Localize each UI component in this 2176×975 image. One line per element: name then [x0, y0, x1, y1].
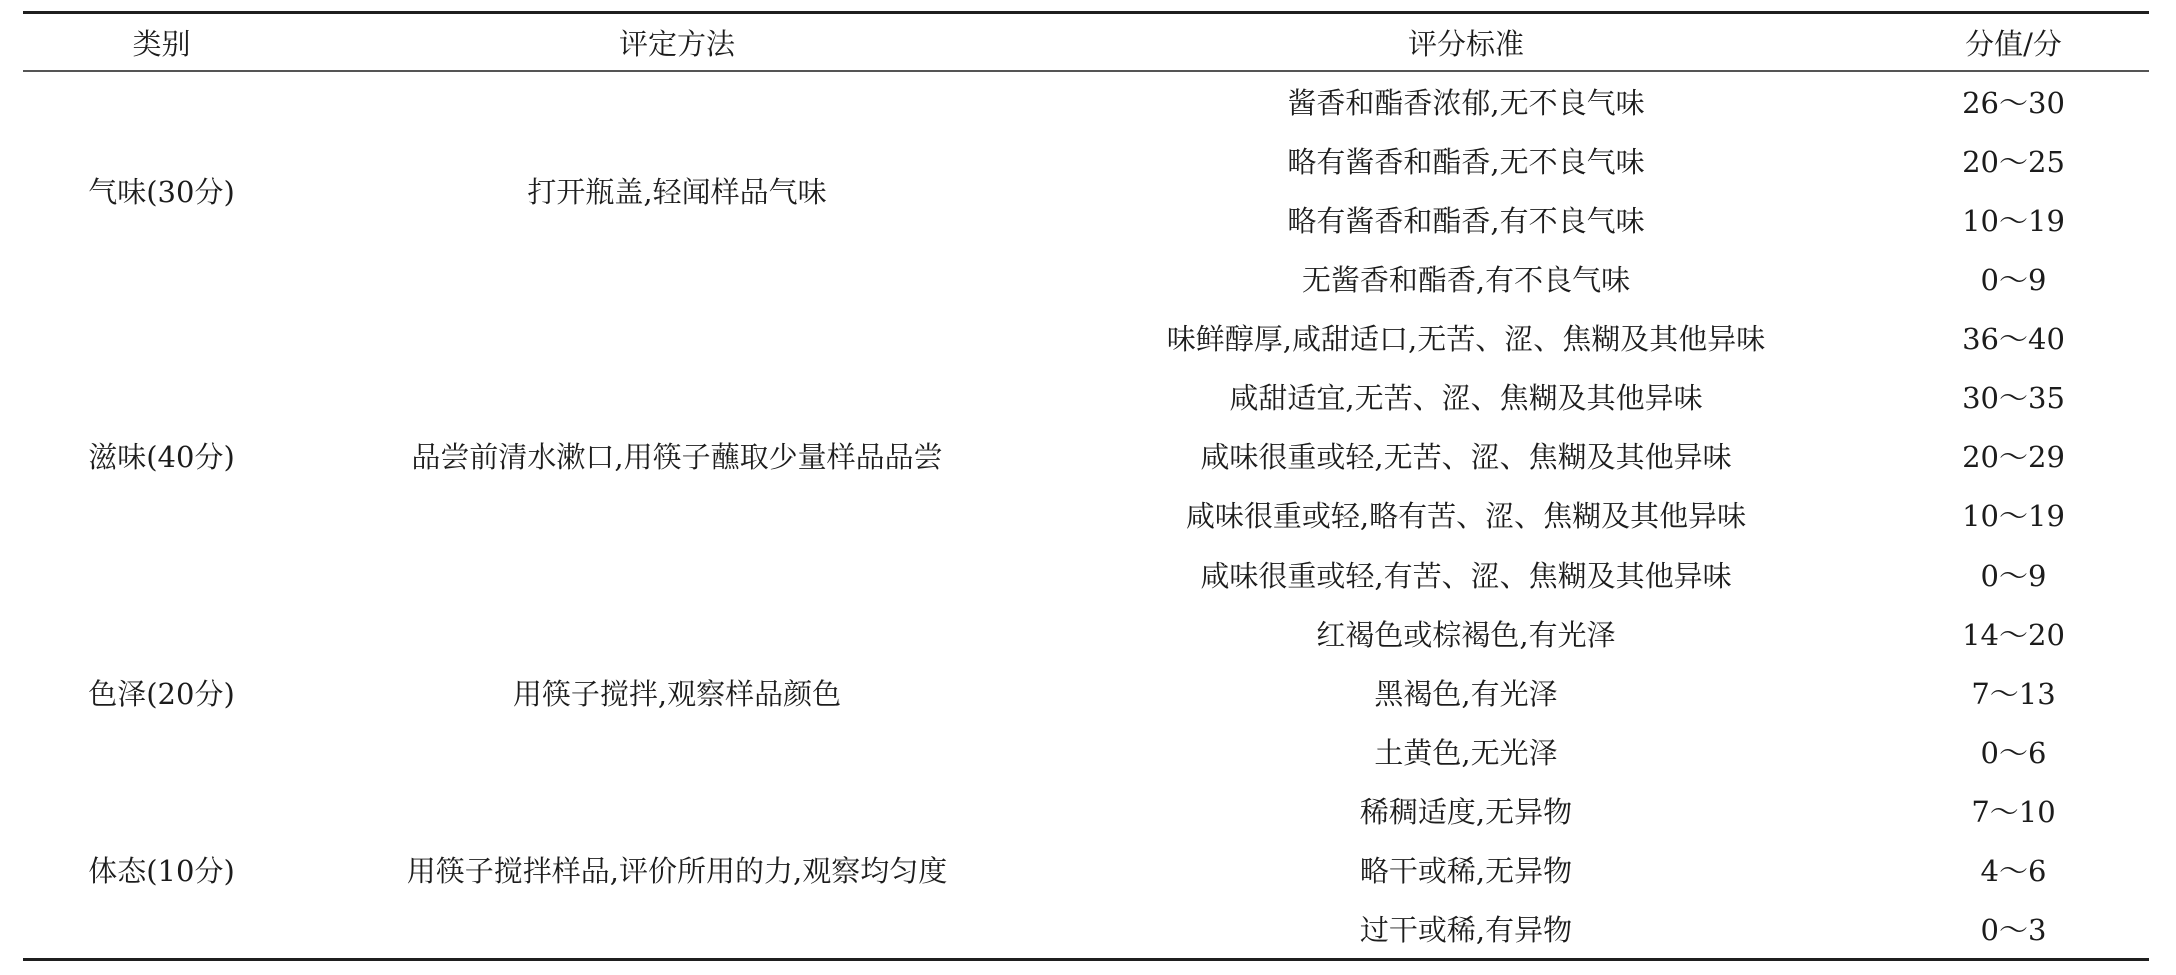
sensory-evaluation-table: 类别 评定方法 评分标准 分值/分 气味(30分) 打开瓶盖,轻闻样品气味 酱香…	[23, 11, 2149, 961]
criterion-cell: 咸味很重或轻,无苦、涩、焦糊及其他异味	[1054, 426, 1878, 485]
table-row: 体态(10分) 用筷子搅拌样品,评价所用的力,观察均匀度 稀稠适度,无异物 7～…	[23, 781, 2149, 840]
score-cell: 0～9	[1878, 249, 2149, 308]
sensory-evaluation-table-container: 类别 评定方法 评分标准 分值/分 气味(30分) 打开瓶盖,轻闻样品气味 酱香…	[23, 11, 2149, 961]
score-cell: 10～19	[1878, 485, 2149, 544]
criterion-cell: 土黄色,无光泽	[1054, 722, 1878, 781]
table-header: 类别 评定方法 评分标准 分值/分	[23, 13, 2149, 72]
method-cell: 用筷子搅拌,观察样品颜色	[300, 604, 1054, 781]
criterion-cell: 黑褐色,有光泽	[1054, 663, 1878, 722]
method-cell: 用筷子搅拌样品,评价所用的力,观察均匀度	[300, 781, 1054, 960]
method-cell: 品尝前清水漱口,用筷子蘸取少量样品品尝	[300, 308, 1054, 603]
category-cell: 滋味(40分)	[23, 308, 300, 603]
header-score: 分值/分	[1878, 13, 2149, 72]
table-row: 滋味(40分) 品尝前清水漱口,用筷子蘸取少量样品品尝 味鲜醇厚,咸甜适口,无苦…	[23, 308, 2149, 367]
criterion-cell: 咸味很重或轻,有苦、涩、焦糊及其他异味	[1054, 545, 1878, 604]
score-cell: 10～19	[1878, 190, 2149, 249]
header-criterion: 评分标准	[1054, 13, 1878, 72]
category-cell: 体态(10分)	[23, 781, 300, 960]
score-cell: 20～25	[1878, 131, 2149, 190]
score-cell: 20～29	[1878, 426, 2149, 485]
criterion-cell: 酱香和酯香浓郁,无不良气味	[1054, 71, 1878, 131]
criterion-cell: 略干或稀,无异物	[1054, 840, 1878, 899]
score-cell: 7～10	[1878, 781, 2149, 840]
score-cell: 0～6	[1878, 722, 2149, 781]
criterion-cell: 味鲜醇厚,咸甜适口,无苦、涩、焦糊及其他异味	[1054, 308, 1878, 367]
header-category: 类别	[23, 13, 300, 72]
criterion-cell: 略有酱香和酯香,无不良气味	[1054, 131, 1878, 190]
criterion-cell: 咸味很重或轻,略有苦、涩、焦糊及其他异味	[1054, 485, 1878, 544]
category-cell: 色泽(20分)	[23, 604, 300, 781]
score-cell: 30～35	[1878, 367, 2149, 426]
score-cell: 26～30	[1878, 71, 2149, 131]
score-cell: 36～40	[1878, 308, 2149, 367]
method-cell: 打开瓶盖,轻闻样品气味	[300, 71, 1054, 308]
table-row: 色泽(20分) 用筷子搅拌,观察样品颜色 红褐色或棕褐色,有光泽 14～20	[23, 604, 2149, 663]
criterion-cell: 咸甜适宜,无苦、涩、焦糊及其他异味	[1054, 367, 1878, 426]
criterion-cell: 无酱香和酯香,有不良气味	[1054, 249, 1878, 308]
criterion-cell: 稀稠适度,无异物	[1054, 781, 1878, 840]
category-cell: 气味(30分)	[23, 71, 300, 308]
header-row: 类别 评定方法 评分标准 分值/分	[23, 13, 2149, 72]
score-cell: 4～6	[1878, 840, 2149, 899]
score-cell: 0～3	[1878, 899, 2149, 960]
score-cell: 14～20	[1878, 604, 2149, 663]
table-body: 气味(30分) 打开瓶盖,轻闻样品气味 酱香和酯香浓郁,无不良气味 26～30 …	[23, 71, 2149, 959]
table-row: 气味(30分) 打开瓶盖,轻闻样品气味 酱香和酯香浓郁,无不良气味 26～30	[23, 71, 2149, 131]
criterion-cell: 红褐色或棕褐色,有光泽	[1054, 604, 1878, 663]
score-cell: 0～9	[1878, 545, 2149, 604]
criterion-cell: 过干或稀,有异物	[1054, 899, 1878, 960]
header-method: 评定方法	[300, 13, 1054, 72]
criterion-cell: 略有酱香和酯香,有不良气味	[1054, 190, 1878, 249]
score-cell: 7～13	[1878, 663, 2149, 722]
